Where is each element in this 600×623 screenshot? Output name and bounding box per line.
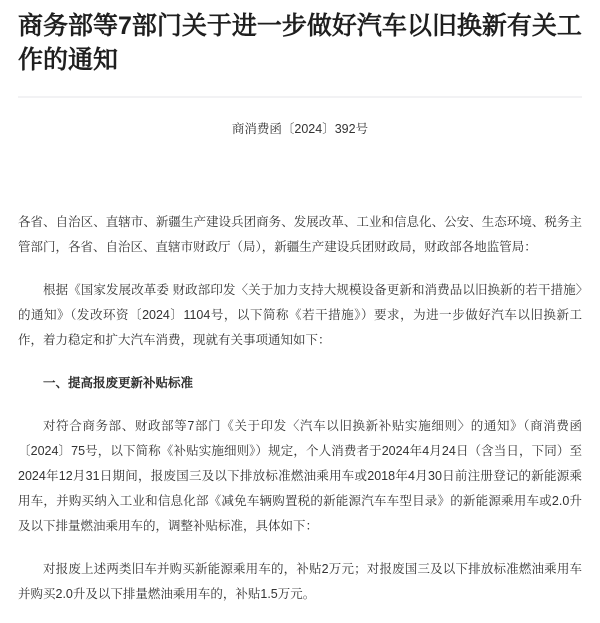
section1-paragraph-subsidy-rules: 对符合商务部、财政部等7部门《关于印发〈汽车以旧换新补贴实施细则〉的通知》（商消… [18,414,582,539]
section1-heading: 一、提高报废更新补贴标准 [18,371,582,396]
page-title: 商务部等7部门关于进一步做好汽车以旧换新有关工作的通知 [18,9,582,77]
document-number: 商消费函〔2024〕392号 [18,117,582,142]
section1-paragraph-subsidy-amounts: 对报废上述两类旧车并购买新能源乘用车的，补贴2万元；对报废国三及以下排放标准燃油… [18,557,582,607]
addressee-paragraph: 各省、自治区、直辖市、新疆生产建设兵团商务、发展改革、工业和信息化、公安、生态环… [18,210,582,260]
basis-paragraph: 根据《国家发展改革委 财政部印发〈关于加力支持大规模设备更新和消费品以旧换新的若… [18,278,582,353]
title-divider [18,96,582,98]
notice-document: 商务部等7部门关于进一步做好汽车以旧换新有关工作的通知 商消费函〔2024〕39… [0,0,600,623]
